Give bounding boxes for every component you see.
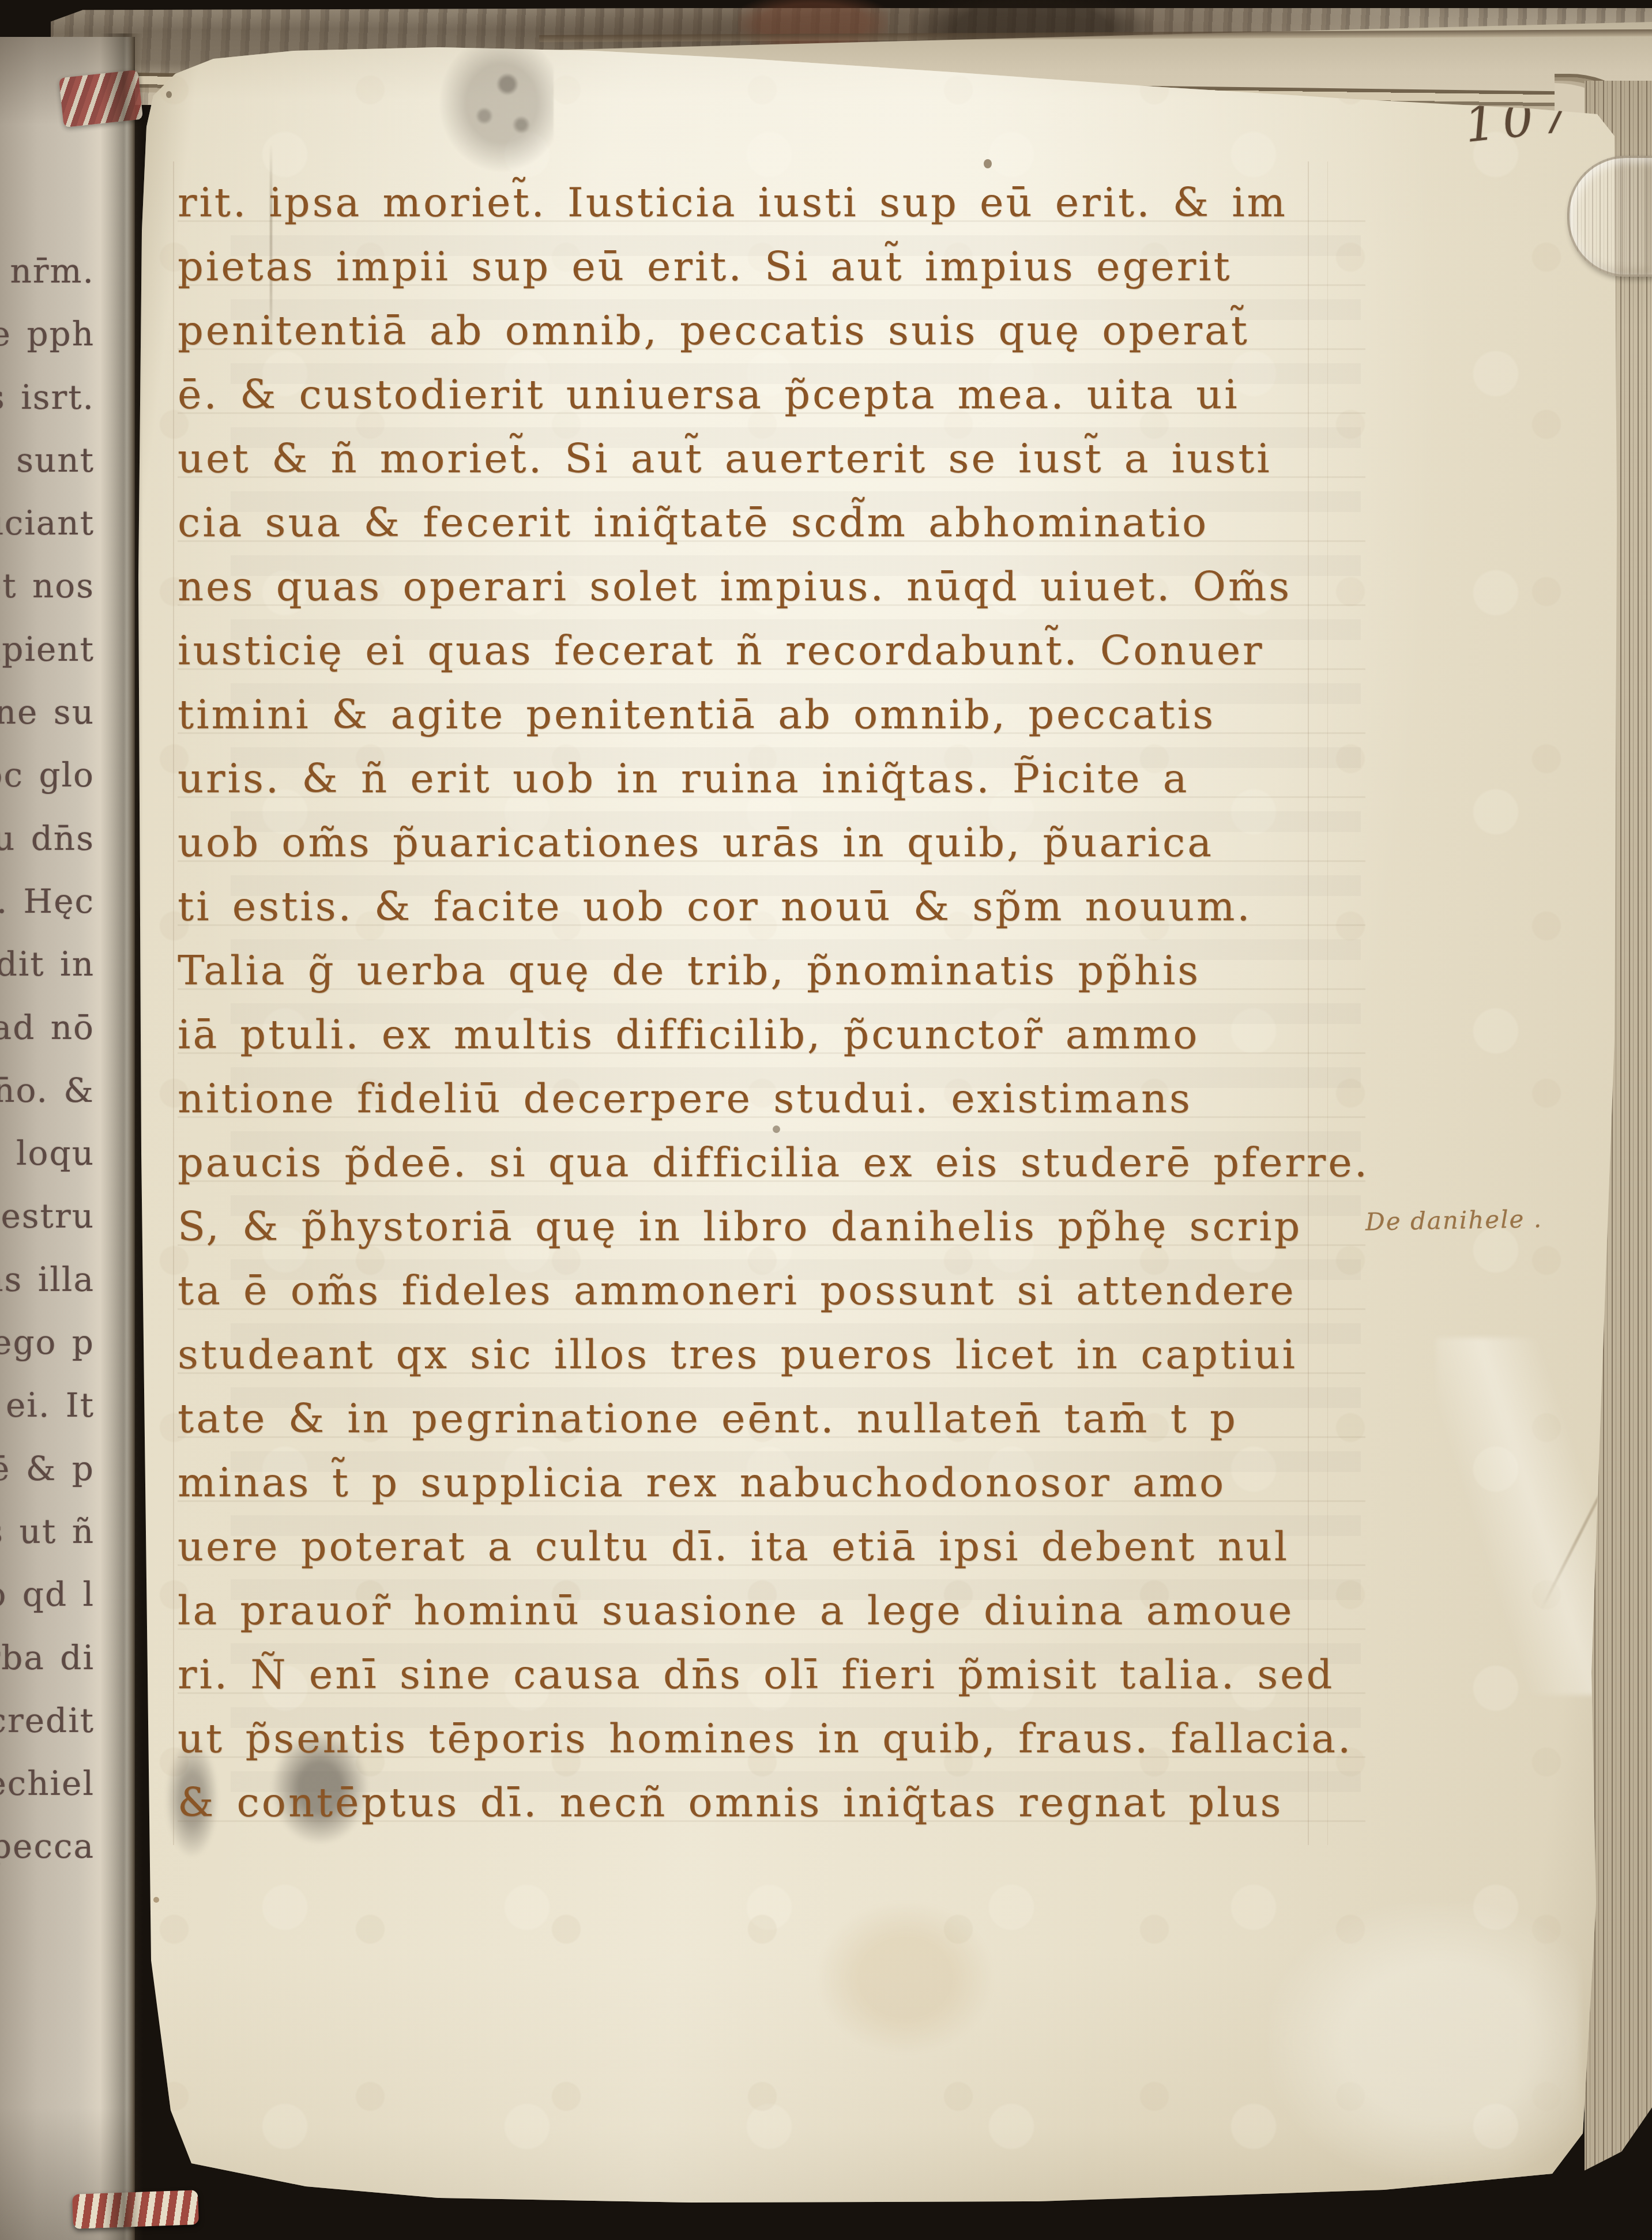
manuscript-page: rit. ipsa moriet̃. Iusticia iusti sup eū… [115,23,1623,2214]
facing-page-text-line: ta sunt [0,429,95,492]
stain-spot [166,91,172,98]
manuscript-text-line: ti estis. & facite uob cor nouū & sp̃m n… [178,875,1365,939]
ruling-line-vertical [173,161,174,1845]
manuscript-text-line: nitione fideliū decerpere studui. existi… [178,1067,1365,1131]
manuscript-text-line: & contēptus dī. necñ omnis iniq̃tas regn… [178,1771,1365,1835]
manuscript-text-line: uris. & ñ erit uob in ruina iniq̃tas. P̃… [178,747,1365,811]
facing-page-text-line: et nos [0,555,95,618]
facing-page-text-line: ue pph [0,303,95,366]
facing-page-text-line: bono qd l [0,1563,95,1626]
stain-spot [153,1897,159,1903]
facing-page-text-line: n nr̄m. [0,240,95,303]
manuscript-text-line: studeant qx sic illos tres pueros licet … [178,1323,1365,1387]
manuscript-text-line: pietas impii sup eū erit. Si aut̃ impius… [178,235,1365,299]
facing-page-text-line: ut destru [0,1185,95,1248]
facing-page-text-line: & ego p [0,1311,95,1374]
facing-page-text-line: uerba di [0,1627,95,1689]
facing-page-text-line: & ad nō [0,996,95,1059]
manuscript-text-line: la prauor̃ hominū suasione a lege diuina… [178,1579,1365,1643]
facing-page-text-line: in dn̄o. & [0,1059,95,1122]
manuscript-text-line: ta ē om̃s fideles ammoneri possunt si at… [178,1259,1365,1323]
main-text-block: rit. ipsa moriet̃. Iusticia iusti sup eū… [178,171,1365,1835]
facing-page-text-line: ēfidit in [0,933,95,996]
manuscript-text-line: ut p̃sentis tēporis homines in quib, fra… [178,1707,1365,1771]
facing-page-text-line: tra. Hęc [0,870,95,933]
facing-page-text-line: n̄ credit [0,1689,95,1752]
facing-page-text-line: sapient [0,618,95,681]
stain-tan-patch [819,1903,992,2053]
marginal-note: De danihele . [1365,1204,1543,1236]
manuscript-text-line: nes quas operari solet impius. nūqd uiue… [178,555,1365,619]
facing-page-text-line: eis ut ñ [0,1500,95,1563]
manuscript-text-line: ri. Ñ enī sine causa dn̄s olī fieri p̃mi… [178,1643,1365,1707]
facing-page-text-line: os isrt. [0,366,95,429]
manuscript-text-line: penitentiā ab omnib, peccatis suis quę o… [178,299,1365,363]
stain-spot [984,159,992,168]
manuscript-text-line: S, & p̃hystoriā quę in libro danihelis p… [178,1195,1365,1259]
facing-page-strip: n nr̄m.ue pphos isrt.ta suntfficiantet n… [0,37,135,2240]
manuscript-photo-scene: n nr̄m.ue pphos isrt.ta suntfficiantet n… [0,0,1652,2240]
manuscript-text-line: cia sua & fecerit iniq̃tatē scd̃m abhomi… [178,491,1365,555]
facing-page-text-line: hoc glo [0,744,95,807]
facing-page-text-line: su dn̄s [0,807,95,870]
manuscript-text-line: uet & ñ moriet̃. Si aut̃ auerterit se iu… [178,427,1365,491]
manuscript-text-line: iusticię ei quas fecerat ñ recordabunt̃.… [178,619,1365,683]
manuscript-text-line: uob om̃s p̃uaricationes urās in quib, p̃… [178,811,1365,875]
facing-page-text-line: ficē & p [0,1437,95,1500]
facing-page-text-line: dine su [0,681,95,744]
facing-page-text-line: quę pecca [0,1815,95,1878]
tailband-red-stitching [72,2190,199,2229]
manuscript-text-line: timini & agite penitentiā ab omnib, pecc… [178,683,1365,747]
stain-speckle-smudge [438,46,554,173]
facing-page-text-fragments: n nr̄m.ue pphos isrt.ta suntfficiantet n… [0,240,95,1878]
facing-page-text-line: nte loqu [0,1122,95,1185]
manuscript-text-line: uere poterat a cultu dī. ita etiā ipsi d… [178,1515,1365,1579]
manuscript-text-line: Talia g̃ uerba quę de trib, p̃nominatis … [178,939,1365,1003]
parchment-sheen [1269,1903,1580,2179]
manuscript-text-line: ē. & custodierit uniuersa p̃cepta mea. u… [178,363,1365,427]
headband-red-stitching [59,70,143,127]
manuscript-text-line: rit. ipsa moriet̃. Iusticia iusti sup eū… [178,171,1365,235]
facing-page-text-line: fficiant [0,492,95,555]
manuscript-text-line: iā ptuli. ex multis difficilib, p̃cuncto… [178,1003,1365,1067]
facing-page-text-line: p ezechiel [0,1752,95,1815]
manuscript-text-line: tate & in pegrinatione eēnt. nullaten̄ t… [178,1387,1365,1451]
facing-page-text-line: ens illa [0,1248,95,1311]
manuscript-text-line: paucis p̃deē. si qua difficilia ex eis s… [178,1131,1365,1195]
manuscript-text-line: minas t̃ p supplicia rex nabuchodonosor … [178,1451,1365,1515]
facing-page-text-line: erē ei. It [0,1374,95,1437]
